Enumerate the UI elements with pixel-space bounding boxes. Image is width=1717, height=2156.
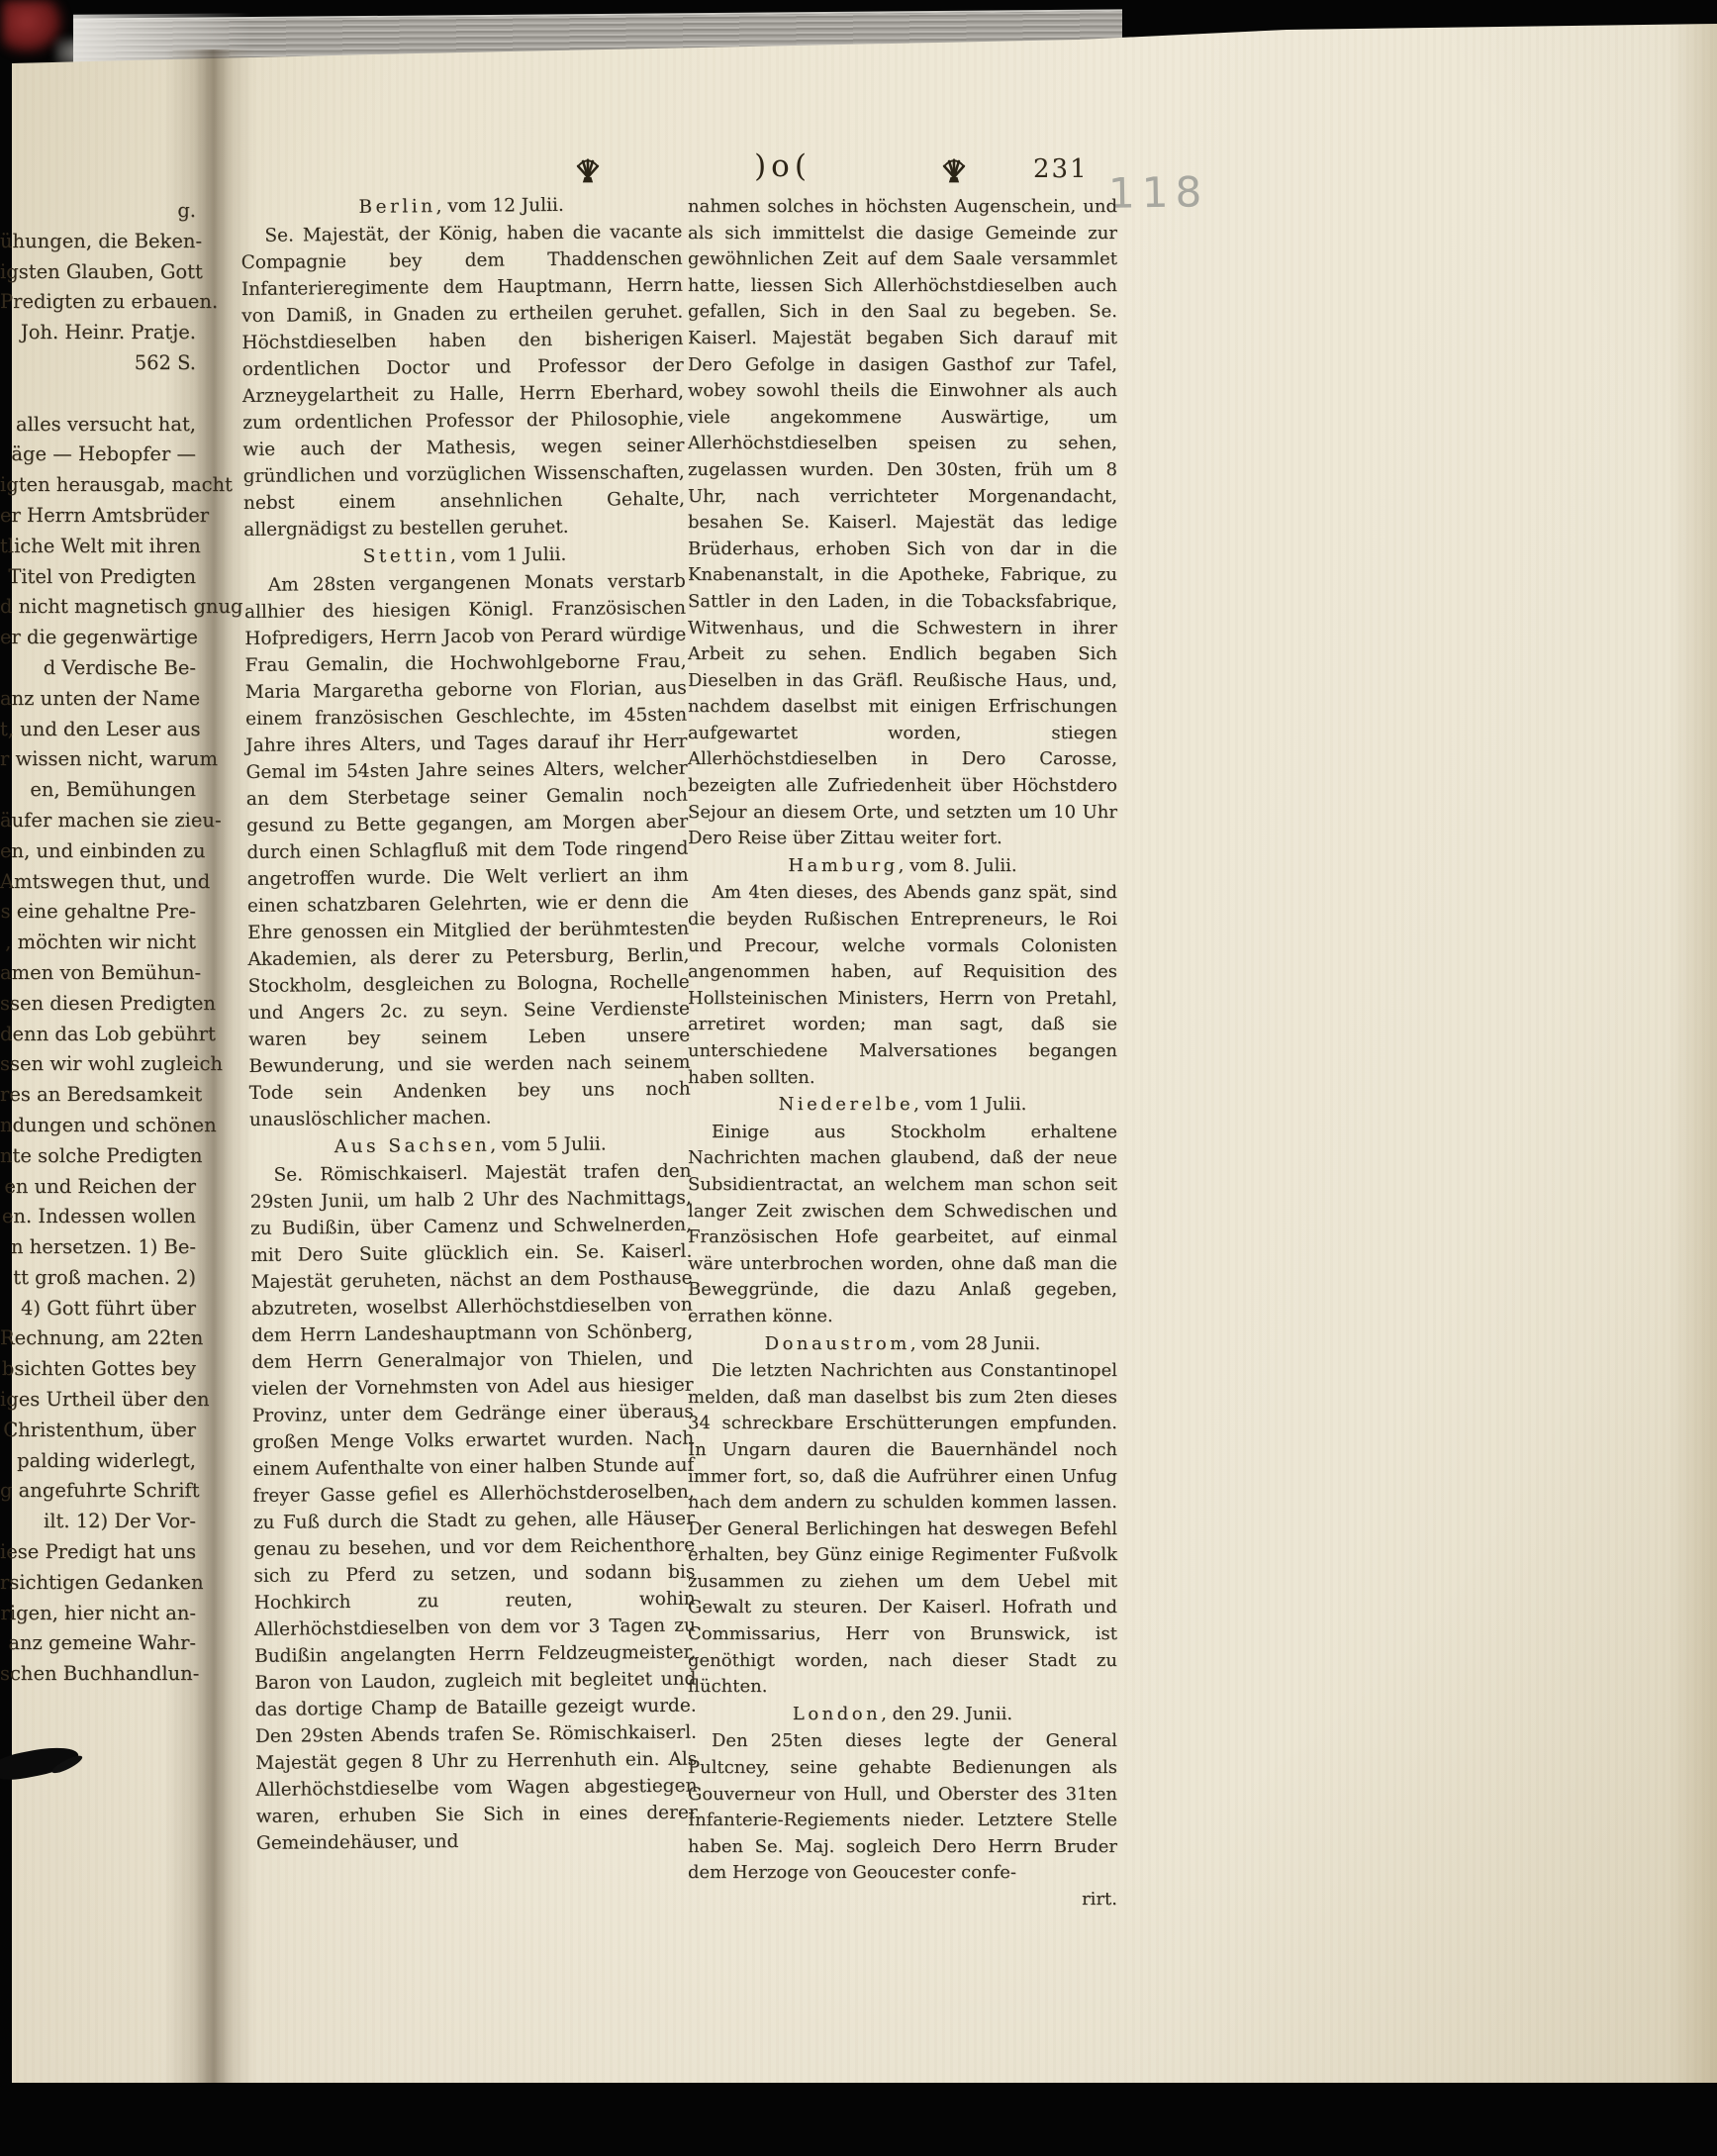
left-page-fragment-line: d nicht magnetisch gnug (0, 592, 196, 623)
book-scan: g.ühungen, die Beken-igsten Glauben, Got… (0, 0, 1717, 2156)
page-number: 231 (1033, 154, 1089, 184)
left-page-fragment-line: anz gemeine Wahr- (0, 1628, 196, 1659)
left-page-fragment-line: r wissen nicht, warum (0, 744, 196, 775)
section-dateline: , vom 12 Julii. (436, 195, 564, 217)
news-column-left: Berlin, vom 12 Julii.Se. Majestät, der K… (240, 190, 698, 1857)
library-stamp: 118 (1108, 167, 1209, 218)
section-dateline: , vom 8. Julii. (899, 855, 1017, 876)
left-page-fragment-line: iges Urtheil über den (0, 1385, 196, 1416)
news-paragraph: nahmen solches in höchsten Augenschein, … (688, 194, 1117, 852)
left-page-fragment-line: en, und einbinden zu (0, 836, 196, 867)
section-place-name: London (793, 1704, 881, 1724)
left-page-fragment-line: s eine gehaltne Pre- (0, 897, 196, 928)
left-page-fragment-line: Titel von Predigten (0, 562, 196, 593)
left-page-fragment-line: en, Bemühungen (0, 775, 196, 806)
left-page-fragment-line: alles versucht hat, (0, 410, 196, 441)
left-page-fragment-line: Joh. Heinr. Pratje. (0, 318, 196, 348)
left-page-fragment-line: ühungen, die Beken- (0, 227, 196, 257)
shell-ornament-icon (572, 156, 604, 192)
section-dateline: , den 29. Junii. (881, 1704, 1012, 1724)
left-page-fragment-line: er Herrn Amtsbrüder (0, 501, 196, 532)
paragraph-runover-line: rirt. (688, 1887, 1117, 1913)
left-page-fragment-line: t, und den Leser aus (0, 715, 196, 745)
news-paragraph: Am 4ten dieses, des Abends ganz spät, si… (688, 880, 1117, 1091)
left-page-fragment-line: en und Reichen der (0, 1172, 196, 1203)
left-page-fragment-line: Christenthum, über (0, 1416, 196, 1446)
page-right-edge-shadow (1669, 24, 1717, 2083)
section-heading: Hamburg, vom 8. Julii. (688, 853, 1117, 880)
news-paragraph: Se. Majestät, der König, haben die vacan… (240, 219, 685, 543)
section-divider-ornament: )o( (718, 148, 847, 184)
section-place-name: Niederelbe (779, 1094, 914, 1115)
news-paragraph: Einige aus Stockholm erhaltene Nachricht… (688, 1120, 1117, 1330)
left-page-fragment-line: igten herausgab, macht (0, 470, 196, 501)
left-page-fragment-line: er die gegenwärtige (0, 623, 196, 653)
left-page-fragment-line: g angefuhrte Schrift (0, 1476, 196, 1507)
section-heading: Berlin, vom 12 Julii. (240, 191, 682, 222)
left-page-fragment-line: n hersetzen. 1) Be- (0, 1232, 196, 1263)
section-dateline: , vom 1 Julii. (913, 1094, 1026, 1115)
left-page-fragment-line: g. (0, 196, 196, 227)
section-dateline: , vom 1 Julii. (450, 544, 567, 566)
news-paragraph: Am 28sten vergangenen Monats verstarb al… (244, 568, 691, 1133)
section-heading: Donaustrom, vom 28 Junii. (688, 1331, 1117, 1358)
left-page-fragment-line: anz unten der Name (0, 684, 196, 715)
news-paragraph: Den 25ten dieses legte der General Pultc… (688, 1728, 1117, 1887)
left-page-fragment-line: 4) Gott führt über (0, 1294, 196, 1324)
left-page-fragment-line: ndungen und schönen (0, 1111, 196, 1141)
left-page-fragment-line: äge — Hebopfer — (0, 440, 196, 470)
news-paragraph: Die letzten Nachrichten aus Constantinop… (688, 1358, 1117, 1701)
section-place-name: Stettin (363, 545, 450, 567)
left-page-fragment-line: 562 S. (0, 348, 196, 379)
left-page-fragment-line: Rechnung, am 22ten (0, 1323, 196, 1354)
section-heading: Aus Sachsen, vom 5 Julii. (249, 1130, 691, 1161)
left-page-fragment-line: , möchten wir nicht (0, 928, 196, 958)
bookmark-ribbon-blur (2, 0, 63, 53)
left-page-fragment-line: nte solche Predigten (0, 1141, 196, 1172)
left-page-fragment-line: rsichtigen Gedanken (0, 1568, 196, 1599)
section-heading: Niederelbe, vom 1 Julii. (688, 1092, 1117, 1119)
left-page-fragments: g.ühungen, die Beken-igsten Glauben, Got… (0, 196, 196, 1690)
section-place-name: Hamburg (788, 855, 898, 876)
left-page-fragment-line: iese Predigt hat uns (0, 1537, 196, 1568)
left-page-fragment-line: palding widerlegt, (0, 1446, 196, 1477)
section-place-name: Aus Sachsen (334, 1135, 491, 1158)
left-page-fragment-line: tliche Welt mit ihren (0, 532, 196, 562)
left-page-fragment-line: bsichten Gottes bey (0, 1354, 196, 1385)
left-page-fragment-line: ssen wir wohl zugleich (0, 1049, 196, 1080)
left-page-fragment-line: d Verdische Be- (0, 653, 196, 684)
left-page-fragment-line: Amtswegen thut, und (0, 867, 196, 898)
section-heading: London, den 29. Junii. (688, 1702, 1117, 1728)
left-page-fragment-line: res an Beredsamkeit (0, 1080, 196, 1111)
section-place-name: Berlin (358, 196, 435, 218)
left-page-fragment-line (0, 379, 196, 410)
left-page-fragment-line: äufer machen sie zieu- (0, 806, 196, 836)
left-page-fragment-line: Predigten zu erbauen. (0, 287, 196, 318)
left-page-fragment-line: rigen, hier nicht an- (0, 1599, 196, 1629)
left-page-fragment-line: amen von Bemühun- (0, 958, 196, 989)
section-heading: Stettin, vom 1 Julii. (243, 540, 685, 571)
section-dateline: , vom 5 Julii. (490, 1133, 607, 1155)
left-page-fragment-line: igsten Glauben, Gott (0, 257, 196, 288)
news-paragraph: Se. Römischkaiserl. Majestät trafen den … (249, 1158, 698, 1857)
news-column-right: nahmen solches in höchsten Augenschein, … (688, 194, 1117, 1913)
shell-ornament-icon (938, 156, 970, 192)
section-dateline: , vom 28 Junii. (910, 1333, 1041, 1354)
section-place-name: Donaustrom (765, 1333, 910, 1354)
left-page-fragment-line: tt groß machen. 2) (0, 1263, 196, 1294)
left-page-fragment-line: ssen diesen Predigten (0, 989, 196, 1020)
left-page-fragment-line: en. Indessen wollen (0, 1202, 196, 1232)
left-page-fragment-line: ilt. 12) Der Vor- (0, 1507, 196, 1537)
left-page-fragment-line: schen Buchhandlun- (0, 1659, 196, 1690)
left-page-fragment-line: denn das Lob gebührt (0, 1020, 196, 1050)
